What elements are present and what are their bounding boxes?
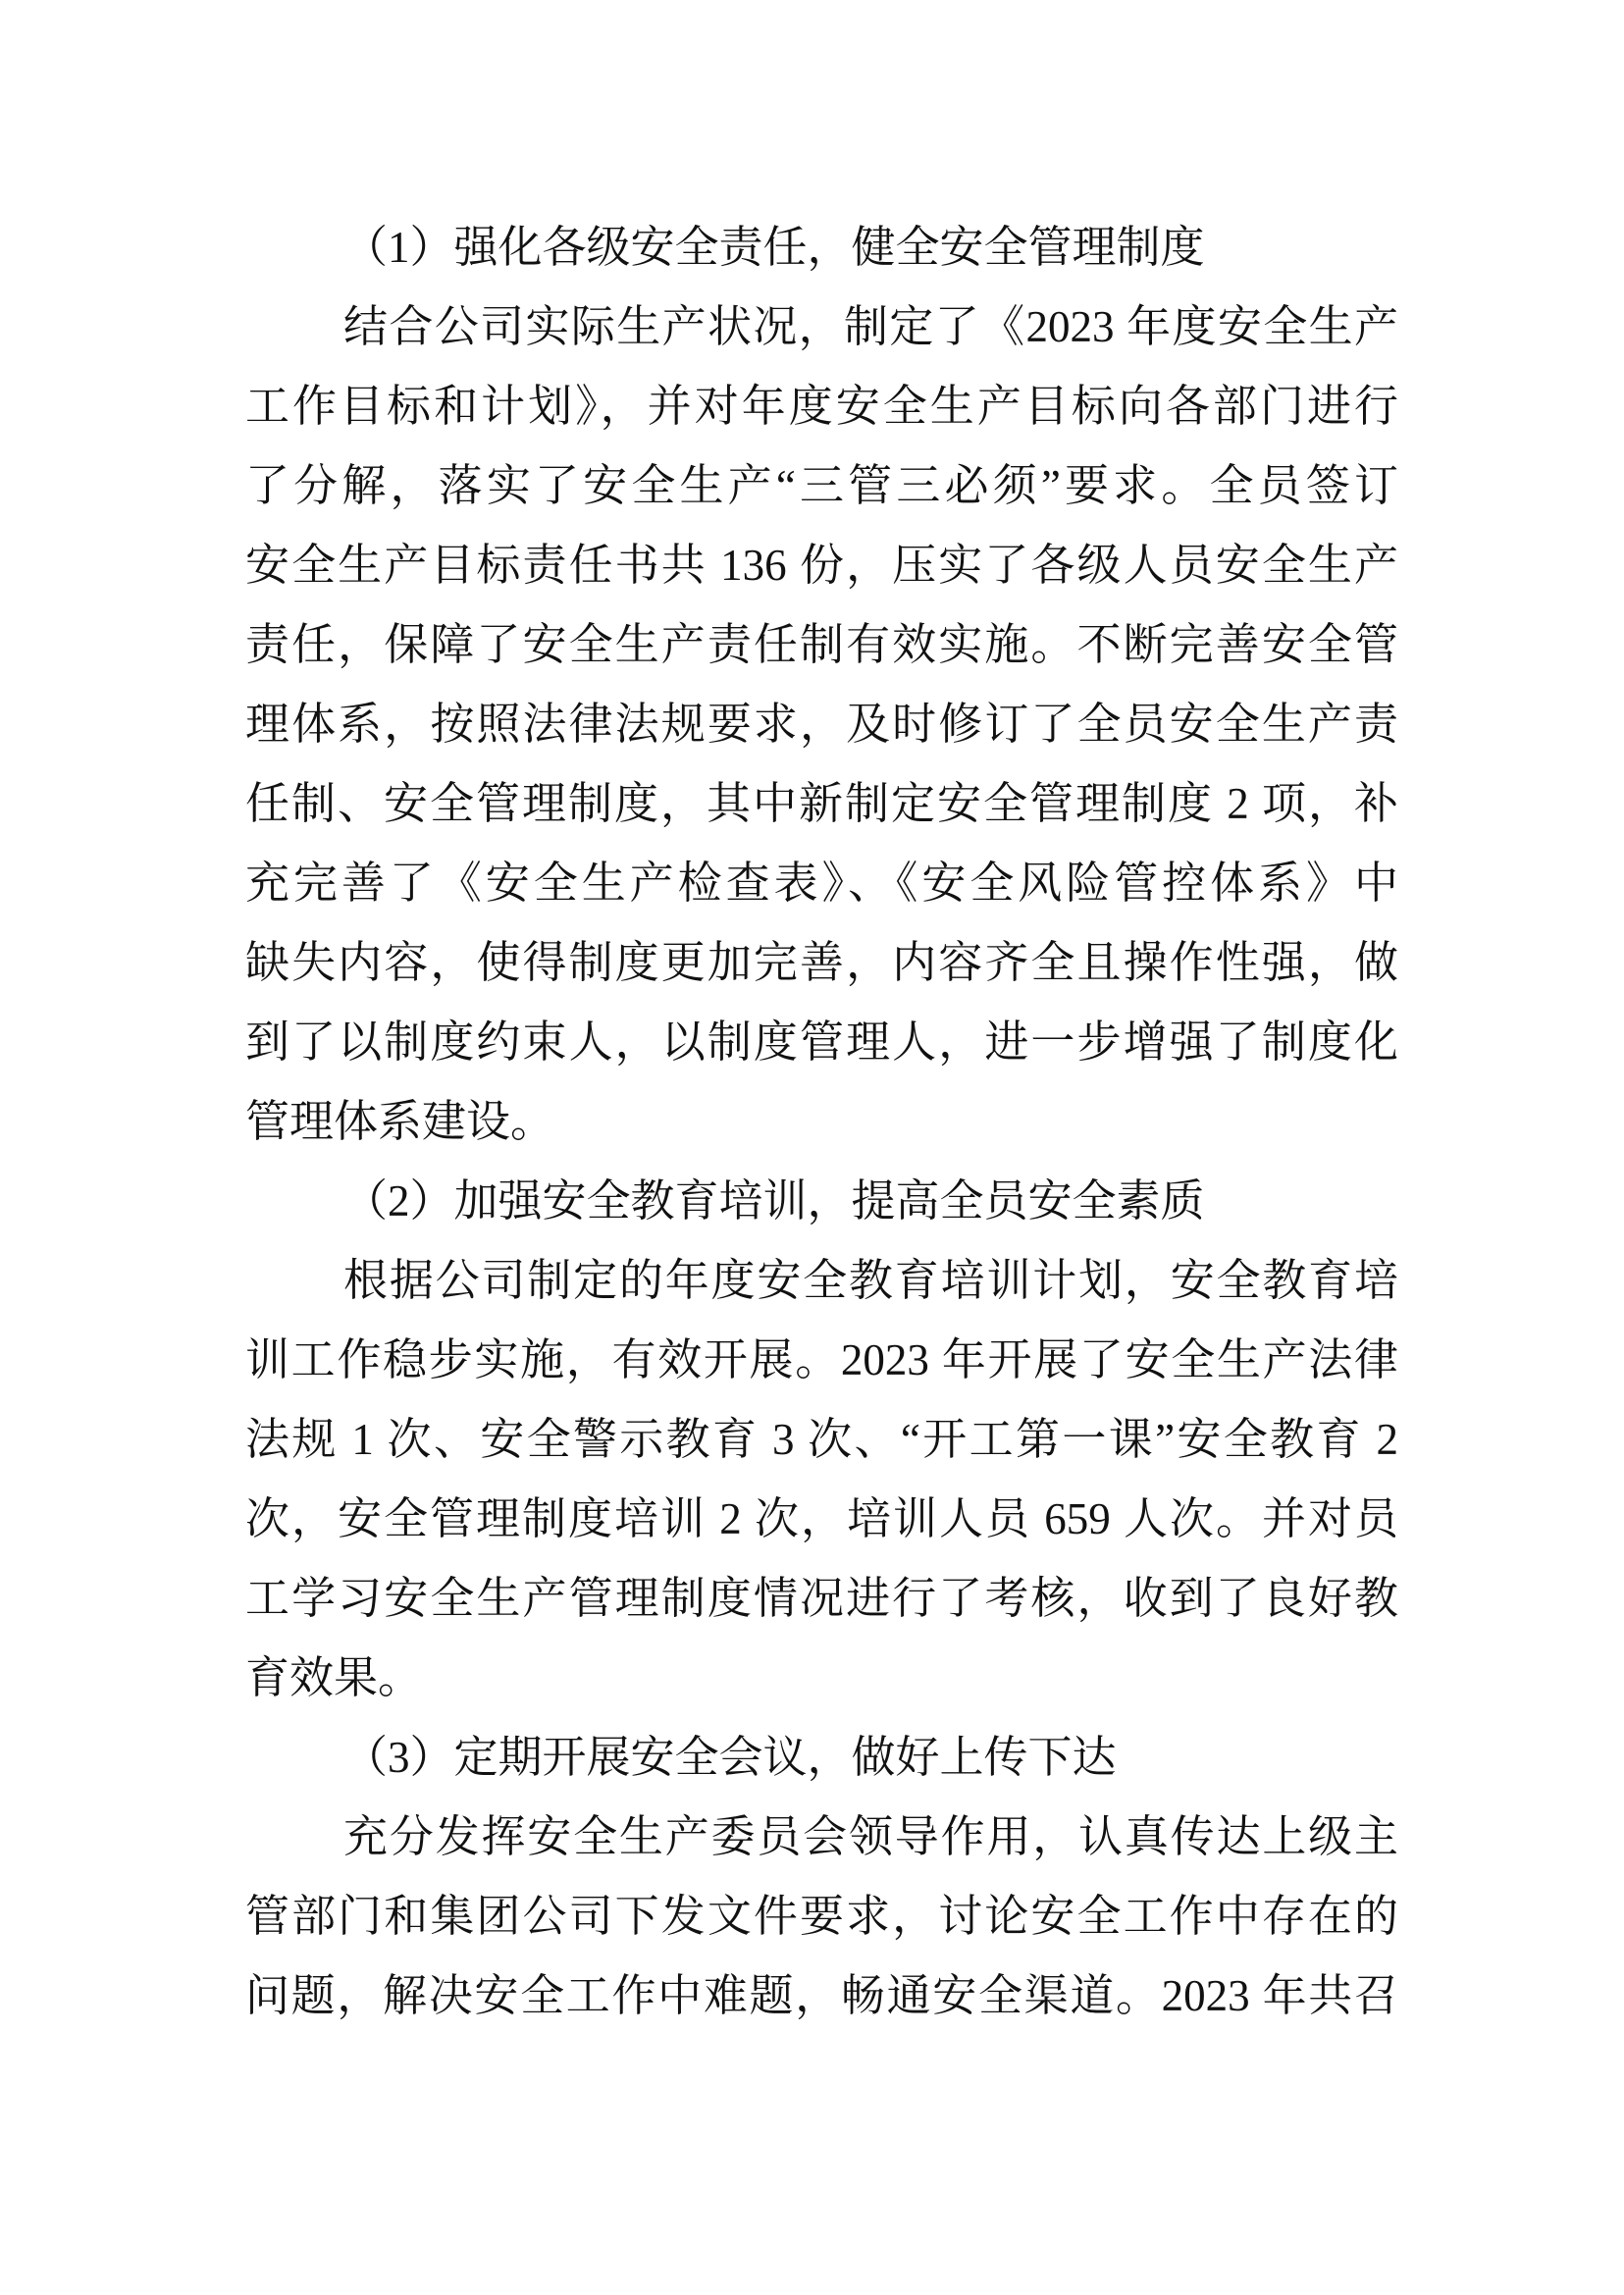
- text-line: 充完善了《安全生产检查表》、《安全风险管控体系》中: [245, 844, 1398, 923]
- text-line: 工作目标和计划》，并对年度安全生产目标向各部门进行: [245, 367, 1398, 446]
- text-body: （1）强化各级安全责任，健全安全管理制度 结合公司实际生产状况，制定了《2023…: [245, 208, 1398, 2036]
- text-line: 缺失内容，使得制度更加完善，内容齐全且操作性强，做: [245, 923, 1398, 1003]
- text-line: 育效果。: [245, 1639, 1398, 1718]
- text-line: 充分发挥安全生产委员会领导作用，认真传达上级主: [245, 1798, 1398, 1877]
- text-line: 管理体系建设。: [245, 1082, 1398, 1162]
- document-page: （1）强化各级安全责任，健全安全管理制度 结合公司实际生产状况，制定了《2023…: [0, 0, 1624, 2295]
- text-line: 管部门和集团公司下发文件要求，讨论安全工作中存在的: [245, 1877, 1398, 1956]
- text-line: 了分解，落实了安全生产“三管三必须”要求。全员签订: [245, 446, 1398, 526]
- section-heading-3: （3）定期开展安全会议，做好上传下达: [245, 1718, 1398, 1798]
- text-line: 安全生产目标责任书共 136 份，压实了各级人员安全生产: [245, 526, 1398, 605]
- text-line: 工学习安全生产管理制度情况进行了考核，收到了良好教: [245, 1559, 1398, 1639]
- text-line: 问题，解决安全工作中难题，畅通安全渠道。2023 年共召: [245, 1956, 1398, 2036]
- text-line: 任制、安全管理制度，其中新制定安全管理制度 2 项，补: [245, 764, 1398, 844]
- text-line: 次，安全管理制度培训 2 次，培训人员 659 人次。并对员: [245, 1480, 1398, 1559]
- text-line: 法规 1 次、安全警示教育 3 次、“开工第一课”安全教育 2: [245, 1400, 1398, 1480]
- section-heading-2: （2）加强安全教育培训，提高全员安全素质: [245, 1162, 1398, 1241]
- section-heading-1: （1）强化各级安全责任，健全安全管理制度: [245, 208, 1398, 287]
- text-line: 根据公司制定的年度安全教育培训计划，安全教育培: [245, 1241, 1398, 1321]
- text-line: 责任，保障了安全生产责任制有效实施。不断完善安全管: [245, 605, 1398, 685]
- text-line: 理体系，按照法律法规要求，及时修订了全员安全生产责: [245, 685, 1398, 764]
- text-line: 结合公司实际生产状况，制定了《2023 年度安全生产: [245, 287, 1398, 367]
- text-line: 训工作稳步实施，有效开展。2023 年开展了安全生产法律: [245, 1321, 1398, 1400]
- text-line: 到了以制度约束人，以制度管理人，进一步增强了制度化: [245, 1003, 1398, 1082]
